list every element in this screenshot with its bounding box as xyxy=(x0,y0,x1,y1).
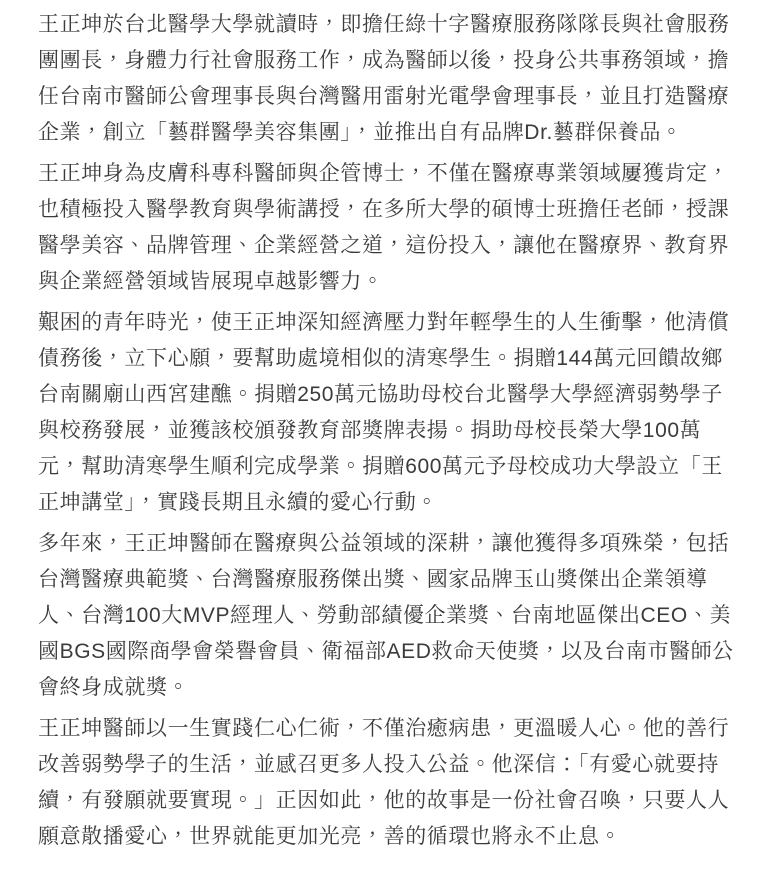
paragraph-donations: 艱困的青年時光，使王正坤深知經濟壓力對年輕學生的人生衝擊，他清償債務後，立下心願… xyxy=(38,305,738,521)
document-page: 王正坤於台北醫學大學就讀時，即擔任綠十字醫療服務隊隊長與社會服務團團長，身體力行… xyxy=(0,0,776,894)
paragraph-education-career: 王正坤於台北醫學大學就讀時，即擔任綠十字醫療服務隊隊長與社會服務團團長，身體力行… xyxy=(38,7,738,151)
paragraph-legacy: 王正坤醫師以一生實踐仁心仁術，不僅治癒病患，更溫暖人心。他的善行改善弱勢學子的生… xyxy=(38,711,738,855)
article-body: 王正坤於台北醫學大學就讀時，即擔任綠十字醫療服務隊隊長與社會服務團團長，身體力行… xyxy=(38,7,738,855)
paragraph-awards: 多年來，王正坤醫師在醫療與公益領域的深耕，讓他獲得多項殊榮，包括台灣醫療典範獎、… xyxy=(38,526,738,706)
paragraph-teaching-influence: 王正坤身為皮膚科專科醫師與企管博士，不僅在醫療專業領域屢獲肯定，也積極投入醫學教… xyxy=(38,156,738,300)
